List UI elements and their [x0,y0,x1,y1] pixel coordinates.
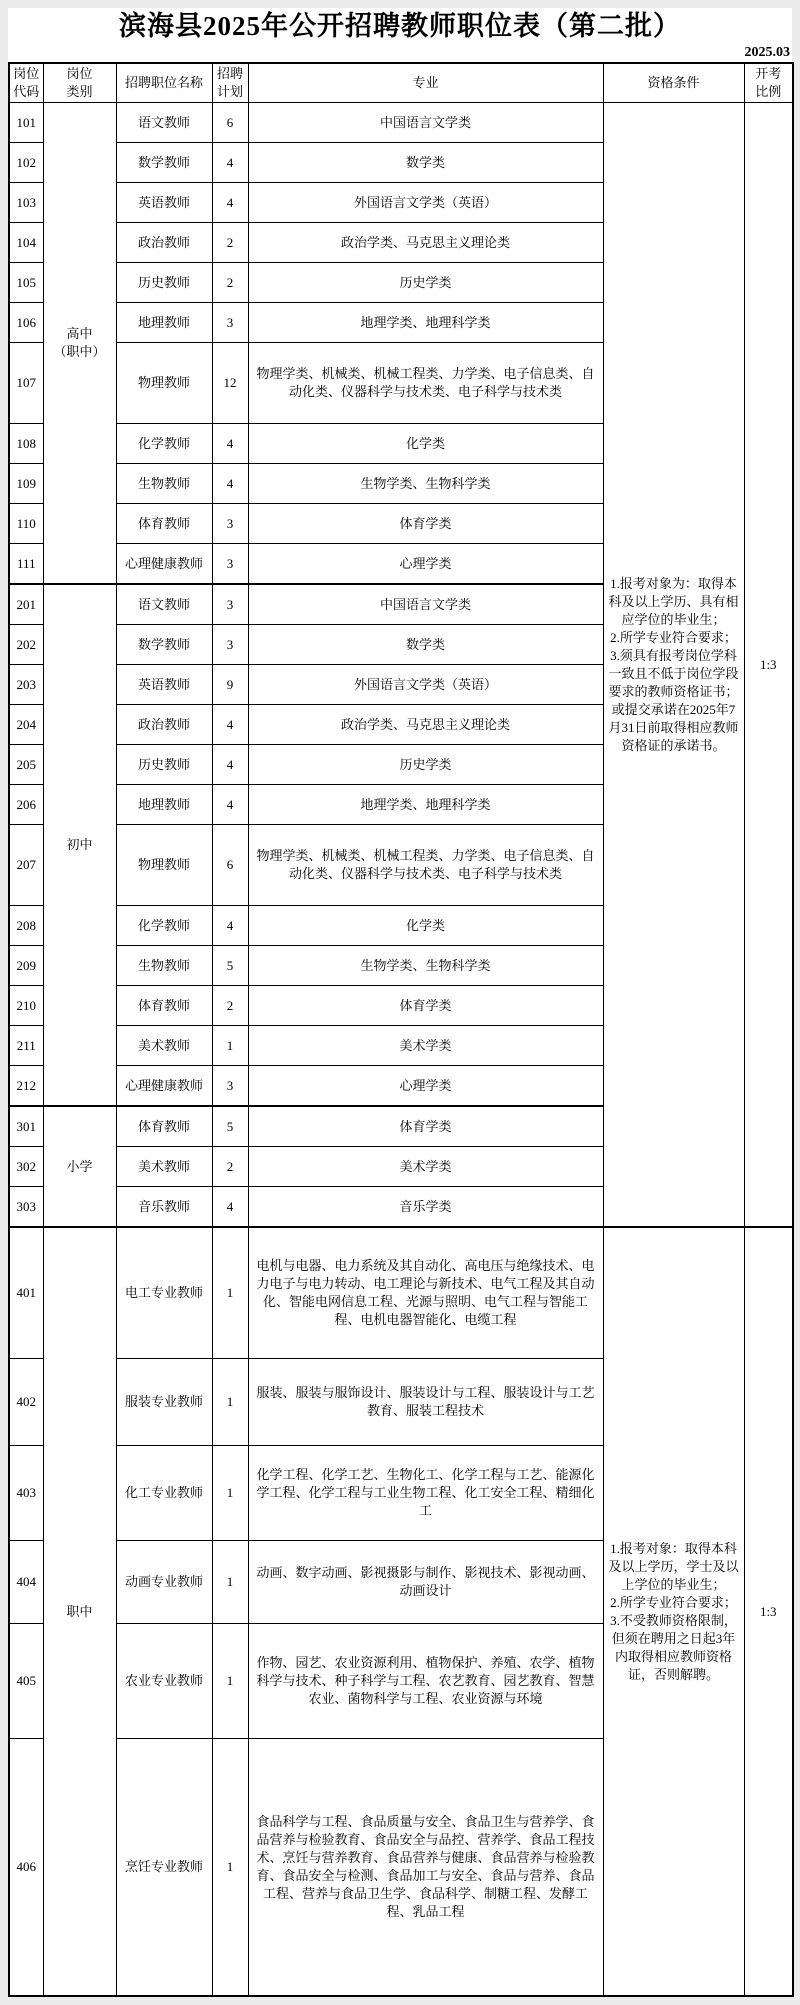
cell-plan: 3 [212,625,248,665]
cell-plan: 9 [212,665,248,705]
cell-code: 208 [9,906,43,946]
cell-major: 动画、数字动画、影视摄影与制作、影视技术、影视动画、动画设计 [248,1541,603,1624]
cell-plan: 6 [212,825,248,906]
cell-code: 204 [9,705,43,745]
cell-code: 212 [9,1066,43,1107]
cell-position: 心理健康教师 [116,1066,212,1107]
date-label: 2025.03 [8,44,792,62]
cell-code: 108 [9,424,43,464]
cell-position: 生物教师 [116,464,212,504]
cell-position: 语文教师 [116,584,212,625]
cell-plan: 4 [212,424,248,464]
cell-major: 历史学类 [248,263,603,303]
table-row: 101高中 （职中）语文教师6中国语言文学类1.报考对象为：取得本科及以上学历、… [9,103,793,143]
cell-code: 405 [9,1624,43,1739]
cell-code: 101 [9,103,43,143]
cell-position: 体育教师 [116,986,212,1026]
cell-qualification: 1.报考对象为：取得本科及以上学历、具有相应学位的毕业生； 2.所学专业符合要求… [603,103,744,1228]
cell-position: 体育教师 [116,504,212,544]
cell-major: 地理学类、地理科学类 [248,785,603,825]
cell-code: 205 [9,745,43,785]
cell-plan: 6 [212,103,248,143]
cell-position: 美术教师 [116,1147,212,1187]
cell-code: 111 [9,544,43,585]
cell-plan: 1 [212,1026,248,1066]
positions-table: 岗位 代码 岗位 类别 招聘职位名称 招聘 计划 专业 资格条件 开考 比例 1… [8,62,794,1997]
cell-major: 地理学类、地理科学类 [248,303,603,343]
cell-code: 106 [9,303,43,343]
cell-plan: 2 [212,223,248,263]
cell-major: 心理学类 [248,544,603,585]
cell-position: 烹饪专业教师 [116,1739,212,1997]
cell-category: 小学 [43,1106,116,1227]
cell-code: 403 [9,1446,43,1541]
cell-position: 政治教师 [116,223,212,263]
cell-position: 心理健康教师 [116,544,212,585]
cell-code: 402 [9,1359,43,1446]
cell-category: 高中 （职中） [43,103,116,585]
header-code: 岗位 代码 [9,63,43,103]
cell-plan: 2 [212,986,248,1026]
cell-plan: 4 [212,464,248,504]
cell-plan: 4 [212,143,248,183]
cell-major: 数学类 [248,625,603,665]
cell-code: 302 [9,1147,43,1187]
cell-plan: 1 [212,1739,248,1997]
cell-plan: 3 [212,544,248,585]
cell-major: 外国语言文学类（英语） [248,183,603,223]
cell-position: 体育教师 [116,1106,212,1147]
cell-major: 生物学类、生物科学类 [248,464,603,504]
cell-major: 音乐学类 [248,1187,603,1228]
header-major: 专业 [248,63,603,103]
cell-code: 401 [9,1227,43,1359]
cell-position: 物理教师 [116,825,212,906]
cell-major: 电机与电器、电力系统及其自动化、高电压与绝缘技术、电力电子与电力转动、电工理论与… [248,1227,603,1359]
cell-position: 美术教师 [116,1026,212,1066]
cell-plan: 3 [212,504,248,544]
header-position: 招聘职位名称 [116,63,212,103]
cell-position: 地理教师 [116,785,212,825]
cell-plan: 3 [212,1066,248,1107]
cell-major: 体育学类 [248,986,603,1026]
cell-code: 201 [9,584,43,625]
cell-position: 农业专业教师 [116,1624,212,1739]
cell-major: 心理学类 [248,1066,603,1107]
header-plan: 招聘 计划 [212,63,248,103]
cell-plan: 4 [212,183,248,223]
cell-code: 203 [9,665,43,705]
cell-ratio: 1:3 [744,103,793,1228]
cell-major: 服装、服装与服饰设计、服装设计与工程、服装设计与工艺教育、服装工程技术 [248,1359,603,1446]
header-ratio: 开考 比例 [744,63,793,103]
cell-major: 美术学类 [248,1026,603,1066]
cell-code: 102 [9,143,43,183]
cell-code: 110 [9,504,43,544]
cell-position: 地理教师 [116,303,212,343]
cell-qualification: 1.报考对象：取得本科及以上学历，学士及以上学位的毕业生； 2.所学专业符合要求… [603,1227,744,1996]
cell-plan: 5 [212,946,248,986]
cell-code: 301 [9,1106,43,1147]
cell-major: 化学工程、化学工艺、生物化工、化学工程与工艺、能源化学工程、化学工程与工业生物工… [248,1446,603,1541]
cell-code: 103 [9,183,43,223]
header-qualification: 资格条件 [603,63,744,103]
cell-major: 美术学类 [248,1147,603,1187]
cell-code: 211 [9,1026,43,1066]
cell-plan: 1 [212,1227,248,1359]
cell-position: 历史教师 [116,745,212,785]
cell-code: 404 [9,1541,43,1624]
cell-plan: 5 [212,1106,248,1147]
page-title: 滨海县2025年公开招聘教师职位表（第二批） [8,8,792,44]
cell-code: 210 [9,986,43,1026]
cell-ratio: 1:3 [744,1227,793,1996]
cell-position: 数学教师 [116,143,212,183]
cell-major: 外国语言文学类（英语） [248,665,603,705]
cell-position: 电工专业教师 [116,1227,212,1359]
cell-position: 化学教师 [116,906,212,946]
cell-plan: 1 [212,1624,248,1739]
cell-major: 体育学类 [248,1106,603,1147]
cell-code: 104 [9,223,43,263]
cell-category: 初中 [43,584,116,1106]
table-row: 401职中电工专业教师1电机与电器、电力系统及其自动化、高电压与绝缘技术、电力电… [9,1227,793,1359]
cell-position: 服装专业教师 [116,1359,212,1446]
cell-plan: 2 [212,1147,248,1187]
cell-plan: 4 [212,906,248,946]
cell-major: 食品科学与工程、食品质量与安全、食品卫生与营养学、食品营养与检验教育、食品安全与… [248,1739,603,1997]
cell-plan: 1 [212,1446,248,1541]
cell-code: 209 [9,946,43,986]
cell-major: 物理学类、机械类、机械工程类、力学类、电子信息类、自动化类、仪器科学与技术类、电… [248,825,603,906]
cell-position: 语文教师 [116,103,212,143]
cell-major: 中国语言文学类 [248,103,603,143]
cell-plan: 12 [212,343,248,424]
cell-major: 政治学类、马克思主义理论类 [248,705,603,745]
cell-position: 数学教师 [116,625,212,665]
cell-plan: 3 [212,584,248,625]
cell-plan: 1 [212,1541,248,1624]
cell-major: 数学类 [248,143,603,183]
header-category: 岗位 类别 [43,63,116,103]
cell-major: 历史学类 [248,745,603,785]
cell-plan: 4 [212,745,248,785]
cell-code: 202 [9,625,43,665]
cell-code: 303 [9,1187,43,1228]
cell-code: 109 [9,464,43,504]
cell-category: 职中 [43,1227,116,1996]
cell-plan: 2 [212,263,248,303]
cell-position: 英语教师 [116,665,212,705]
cell-major: 中国语言文学类 [248,584,603,625]
cell-plan: 3 [212,303,248,343]
cell-position: 物理教师 [116,343,212,424]
document-page: 滨海县2025年公开招聘教师职位表（第二批） 2025.03 岗位 代码 岗位 … [8,8,792,1997]
cell-code: 206 [9,785,43,825]
cell-plan: 4 [212,1187,248,1228]
cell-position: 动画专业教师 [116,1541,212,1624]
cell-position: 化工专业教师 [116,1446,212,1541]
cell-position: 音乐教师 [116,1187,212,1228]
cell-code: 105 [9,263,43,303]
cell-position: 英语教师 [116,183,212,223]
cell-major: 政治学类、马克思主义理论类 [248,223,603,263]
cell-major: 化学类 [248,906,603,946]
cell-major: 物理学类、机械类、机械工程类、力学类、电子信息类、自动化类、仪器科学与技术类、电… [248,343,603,424]
cell-major: 体育学类 [248,504,603,544]
cell-position: 化学教师 [116,424,212,464]
cell-position: 历史教师 [116,263,212,303]
cell-position: 政治教师 [116,705,212,745]
cell-code: 207 [9,825,43,906]
header-row: 岗位 代码 岗位 类别 招聘职位名称 招聘 计划 专业 资格条件 开考 比例 [9,63,793,103]
cell-code: 107 [9,343,43,424]
cell-code: 406 [9,1739,43,1997]
cell-plan: 4 [212,705,248,745]
cell-plan: 1 [212,1359,248,1446]
cell-major: 化学类 [248,424,603,464]
cell-position: 生物教师 [116,946,212,986]
cell-plan: 4 [212,785,248,825]
cell-major: 生物学类、生物科学类 [248,946,603,986]
cell-major: 作物、园艺、农业资源利用、植物保护、养殖、农学、植物科学与技术、种子科学与工程、… [248,1624,603,1739]
